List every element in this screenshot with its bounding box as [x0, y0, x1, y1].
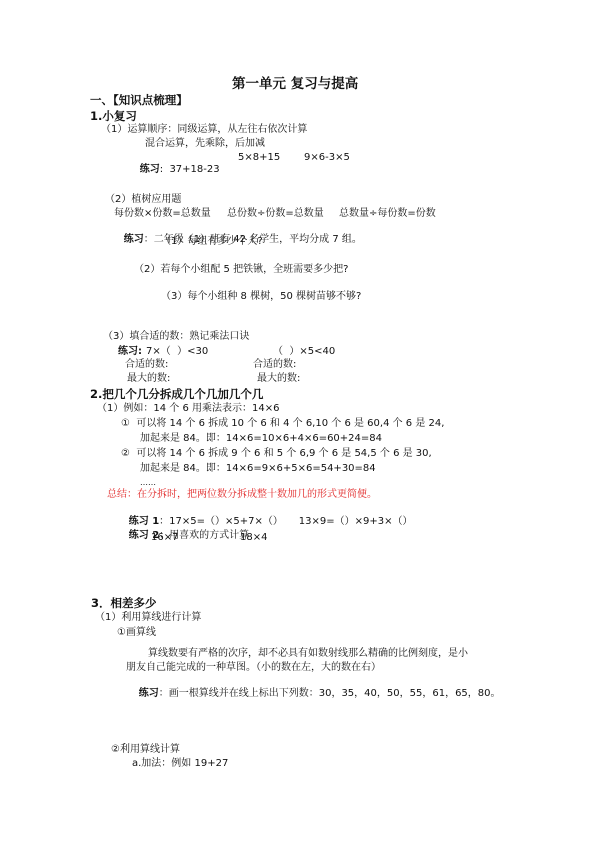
practice-2-line: 练习 2：用喜欢的方式计算 — [116, 518, 249, 554]
number-line-calc-heading: （1）利用算线进行计算 — [95, 612, 201, 624]
fill-number-heading: （3）填合适的数：熟记乘法口诀 — [103, 331, 249, 343]
practice-expr: 5×8+15 — [238, 152, 280, 164]
page-title: 第一单元 复习与提高 — [232, 76, 358, 92]
formula: 总数量÷每份数=份数 — [339, 208, 436, 220]
fit-number-label: 合适的数: — [253, 359, 296, 371]
max-number-label: 最大的数: — [127, 373, 170, 385]
operation-order-text: （1）运算顺序：同级运算，从左往右依次计算 — [101, 124, 307, 136]
heading-difference: 3．相差多少 — [91, 596, 157, 610]
method-1-line-2: 加起来是 84。即：14×6=10×6+4×6=60+24=84 — [140, 433, 382, 445]
draw-number-line: ①画算线 — [117, 627, 156, 639]
practice-line: 练习：画一根算线并在线上标出下列数：30，35，40，50，55，61，65，8… — [126, 676, 501, 712]
formula: 总份数÷份数=总数量 — [227, 208, 324, 220]
ellipsis: …… — [140, 477, 156, 489]
question-3: （3）每个小组种 8 棵树，50 棵树苗够不够? — [161, 291, 361, 303]
example-line: （1）例如：14 个 6 用乘法表示：14×6 — [97, 403, 279, 415]
practice-label: 练习: — [118, 346, 142, 358]
practice-2-item: 16×7 — [151, 532, 178, 544]
method-2-line-1: ② 可以将 14 个 6 拆成 9 个 6 和 5 个 6,9 个 6 是 54… — [121, 448, 432, 460]
practice-label: 练习 — [124, 234, 144, 245]
expr-right: （ ）×5<40 — [273, 346, 335, 358]
practice-expr: : 37+18-23 — [160, 164, 220, 175]
max-number-label: 最大的数: — [257, 373, 300, 385]
description-line-1: 算线数要有严格的次序，却不必具有如数射线那么精确的比例刻度，是小 — [148, 648, 468, 660]
heading-split: 2.把几个几分拆成几个几加几个几 — [90, 387, 263, 401]
summary-text: 总结：在分拆时，把两位数分拆成整十数加几的形式更简便。 — [107, 489, 377, 501]
number-line-calc: ②利用算线计算 — [111, 744, 180, 756]
practice-2-item: 18×4 — [240, 532, 267, 544]
tree-problem-heading: （2）植树应用题 — [105, 194, 181, 206]
practice-expr: 9×6-3×5 — [304, 152, 350, 164]
practice-line: 练习: 37+18-23 — [127, 152, 220, 188]
addition-example: a.加法：例如 19+27 — [132, 758, 228, 770]
description-line-2: 朋友自己能完成的一种草图。（小的数在左，大的数在右） — [126, 662, 381, 674]
fit-number-label: 合适的数: — [125, 359, 168, 371]
section-heading-knowledge: 一、【知识点梳理】 — [90, 93, 188, 107]
question-2: （2）若每个小组配 5 把铁锹，全班需要多少把? — [134, 264, 348, 276]
method-2-line-2: 加起来是 84。即：14×6=9×6+5×6=54+30=84 — [140, 463, 376, 475]
mixed-operation-text: 混合运算，先乘除，后加减 — [145, 138, 265, 150]
expr-left: 7×（ ）<30 — [146, 346, 208, 358]
question-1: （1）每组有多少个人? — [161, 236, 263, 248]
heading-review: 1.小复习 — [90, 109, 137, 123]
practice-label: 练习 — [140, 164, 160, 175]
formula: 每份数×份数=总数量 — [114, 208, 211, 220]
method-1-line-1: ① 可以将 14 个 6 拆成 10 个 6 和 4 个 6,10 个 6 是 … — [121, 418, 444, 430]
